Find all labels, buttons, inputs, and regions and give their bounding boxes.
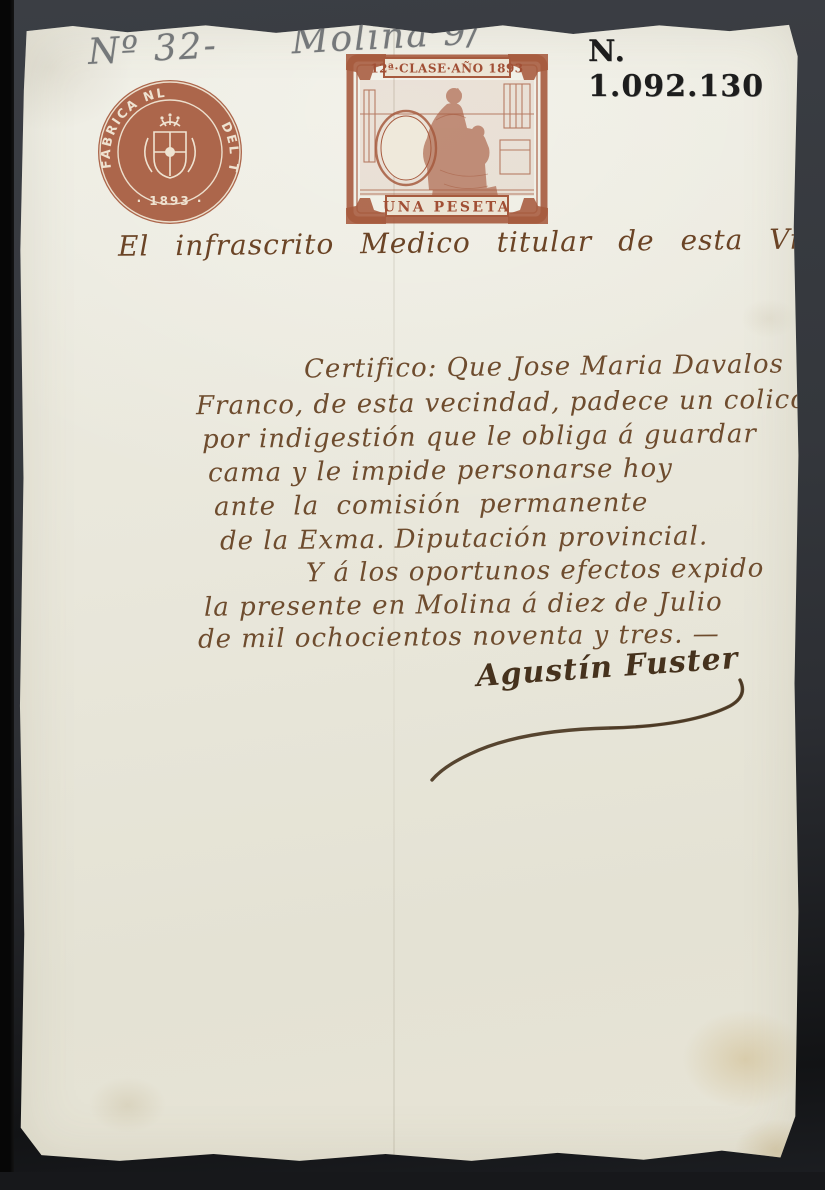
manuscript-line: la presente en Molina á diez de Julio: [204, 587, 723, 622]
stamp-vignette: [360, 80, 534, 196]
backdrop-bottom-strip: [0, 1172, 825, 1190]
manuscript-opening-line: El infrascrito Medico titular de esta Vi…: [118, 222, 825, 263]
manuscript-line: por indigestión que le obliga á guardar: [202, 419, 757, 455]
serial-number: N. 1.092.130: [588, 34, 800, 104]
manuscript-line: de la Exma. Diputación provincial.: [220, 521, 708, 556]
manuscript-line: ante la comisión permanente: [214, 488, 649, 523]
backdrop-left-strip: [0, 0, 14, 1190]
document-paper: Nº 32- Molina 9/ N. 1.092.130 FABRICA NL…: [18, 22, 800, 1162]
stamp-class-text: 12ª·CLASE·AÑO 1893: [370, 61, 523, 76]
manuscript-line: cama y le impide personarse hoy: [208, 454, 673, 489]
signature-rubric-flourish: [422, 674, 752, 784]
pencil-document-number: Nº 32-: [87, 25, 219, 73]
revenue-stamp: 12ª·CLASE·AÑO 1893: [344, 50, 550, 228]
seal-year: · 1893 ·: [137, 194, 204, 208]
manuscript-line: Y á los oportunos efectos expido: [306, 554, 765, 589]
stamp-value-banner: UNA PESETA: [383, 196, 511, 216]
stamp-class-banner: 12ª·CLASE·AÑO 1893: [370, 58, 523, 77]
manuscript-line: Certifico: Que Jose Maria Davalos: [304, 349, 784, 384]
scan-backdrop: Nº 32- Molina 9/ N. 1.092.130 FABRICA NL…: [0, 0, 825, 1190]
manuscript-line: Franco, de esta vecindad, padece un coli…: [196, 385, 807, 421]
stamp-value-text: UNA PESETA: [383, 200, 511, 216]
fabrica-timbre-seal: FABRICA NL DEL TIMBRE · 1893 ·: [94, 76, 246, 228]
